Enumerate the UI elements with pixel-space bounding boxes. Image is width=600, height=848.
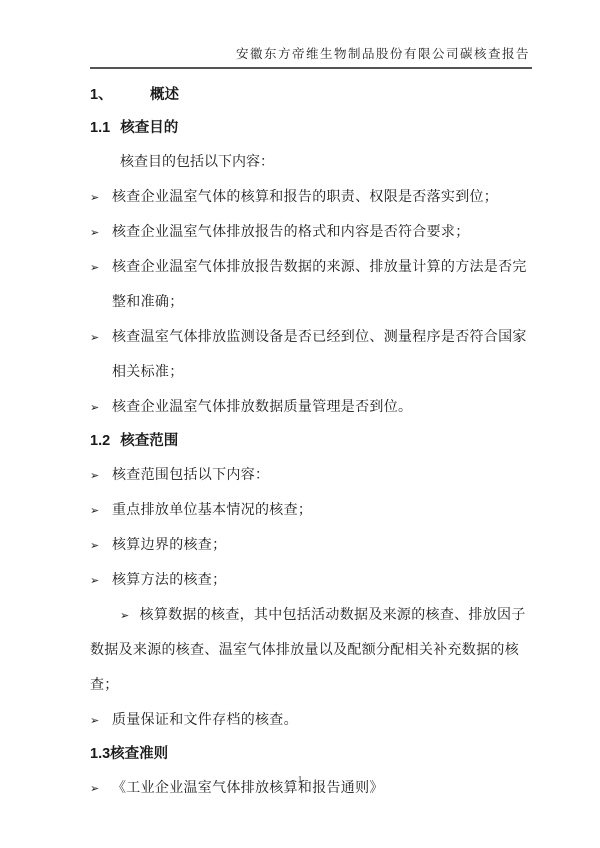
arrow-bullet-icon: ➢ xyxy=(90,563,112,598)
document-body: 1、 概述 1.1 核查目的 核查目的包括以下内容： ➢ 核查企业温室气体的核算… xyxy=(90,78,530,806)
section-1-1-heading: 1.1 核查目的 xyxy=(90,112,530,145)
list-item: ➢ 核算边界的核查； xyxy=(90,528,530,563)
arrow-bullet-icon: ➢ xyxy=(90,458,112,493)
arrow-bullet-icon: ➢ xyxy=(90,703,112,738)
page-header: 安徽东方帝维生物制品股份有限公司碳核查报告 xyxy=(90,44,530,62)
list-item: ➢ 核查企业温室气体排放报告的格式和内容是否符合要求； xyxy=(90,215,530,250)
list-item: ➢ 质量保证和文件存档的核查。 xyxy=(90,703,530,738)
section-number: 1.2 xyxy=(90,433,110,449)
section-1-3-heading: 1.3核查准则 xyxy=(90,738,530,771)
arrow-bullet-icon: ➢ xyxy=(90,390,112,425)
list-item: ➢ 重点排放单位基本情况的核查； xyxy=(90,493,530,528)
section-number: 1.1 xyxy=(90,120,110,136)
paragraph-text: 核算数据的核查，其中包括活动数据及来源的核查、排放因子数据及来源的核查、温室气体… xyxy=(90,607,526,693)
list-item: ➢ 核查企业温室气体排放数据质量管理是否到位。 xyxy=(90,390,530,425)
section-number: 1.3 xyxy=(90,746,110,762)
arrow-bullet-icon: ➢ xyxy=(90,250,112,320)
list-item: ➢ 核算方法的核查； xyxy=(90,563,530,598)
list-item: ➢ 核查企业温室气体排放报告数据的来源、排放量计算的方法是否完整和准确； xyxy=(90,250,530,320)
list-item: ➢ 核查范围包括以下内容： xyxy=(90,458,530,493)
list-item: ➢ 核查温室气体排放监测设备是否已经到位、测量程序是否符合国家相关标准； xyxy=(90,320,530,390)
arrow-bullet-icon: ➢ xyxy=(120,609,130,622)
section-1-heading: 1、 概述 xyxy=(90,78,530,112)
intro-paragraph: 核查目的包括以下内容： xyxy=(90,145,530,180)
section-title: 核查范围 xyxy=(120,433,178,449)
header-rule xyxy=(90,67,532,69)
section-number: 1、 xyxy=(90,78,150,112)
list-item: ➢ 核查企业温室气体的核算和报告的职责、权限是否落实到位； xyxy=(90,180,530,215)
arrow-bullet-icon: ➢ xyxy=(90,215,112,250)
arrow-bullet-icon: ➢ xyxy=(90,493,112,528)
section-title: 概述 xyxy=(150,78,179,112)
arrow-bullet-icon: ➢ xyxy=(90,528,112,563)
arrow-bullet-icon: ➢ xyxy=(90,180,112,215)
indented-list-paragraph: ➢核算数据的核查，其中包括活动数据及来源的核查、排放因子数据及来源的核查、温室气… xyxy=(90,598,530,703)
arrow-bullet-icon: ➢ xyxy=(90,320,112,390)
section-1-2-heading: 1.2 核查范围 xyxy=(90,425,530,458)
section-title: 核查准则 xyxy=(110,746,168,762)
section-title: 核查目的 xyxy=(120,120,178,136)
page-number: - 1 - xyxy=(0,775,600,786)
